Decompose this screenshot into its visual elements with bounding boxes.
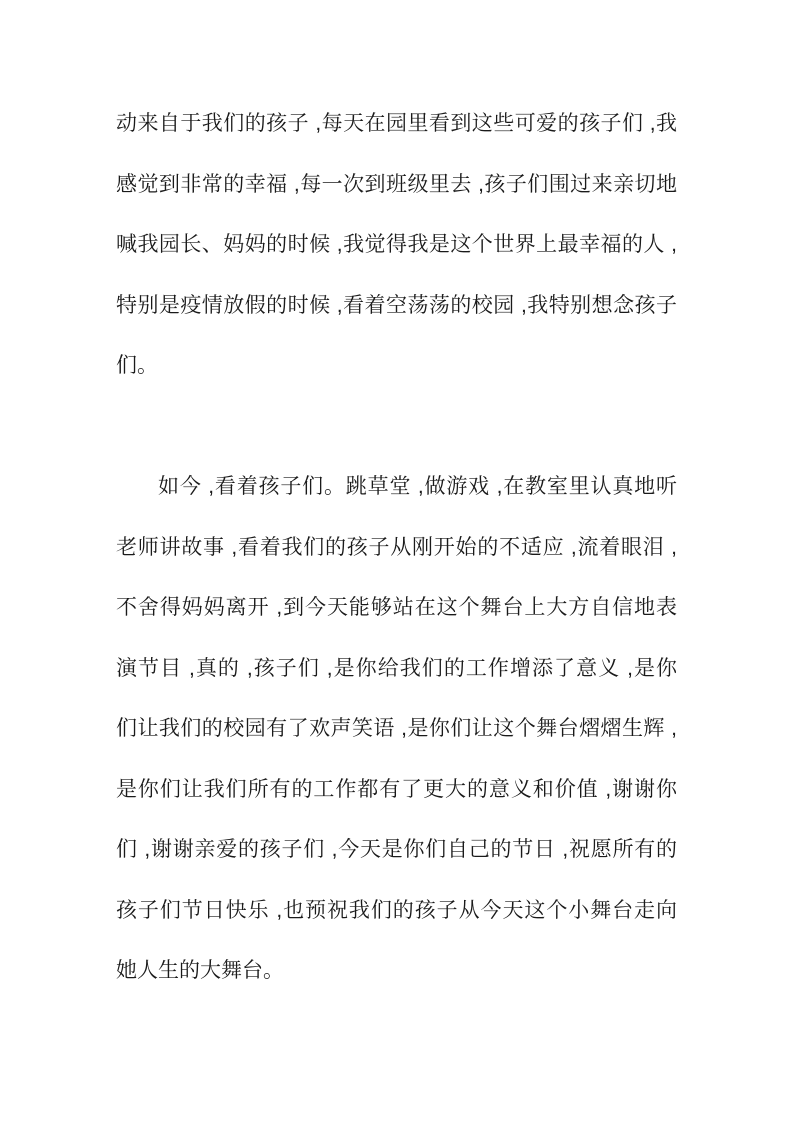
document-page: 动来自于我们的孩子 ,每天在园里看到这些可爱的孩子们 ,我 感觉到非常的幸福 ,… [0,0,793,1122]
text-line: 感觉到非常的幸福 ,每一次到班级里去 ,孩子们围过来亲切地 [116,155,677,216]
text-line: 们。 [116,336,677,397]
text-line: 们让我们的校园有了欢声笑语 ,是你们让这个舞台熠熠生辉 , [116,699,677,760]
paragraph-1: 动来自于我们的孩子 ,每天在园里看到这些可爱的孩子们 ,我 感觉到非常的幸福 ,… [116,94,677,397]
text-line: 老师讲故事 ,看着我们的孩子从刚开始的不适应 ,流着眼泪 , [116,518,677,579]
text-line: 演节目 ,真的 ,孩子们 ,是你给我们的工作增添了意义 ,是你 [116,639,677,700]
text-line: 喊我园长、妈妈的时候 ,我觉得我是这个世界上最幸福的人 , [116,215,677,276]
text-line: 她人生的大舞台。 [116,941,677,1002]
text-line: 们 ,谢谢亲爱的孩子们 ,今天是你们自己的节日 ,祝愿所有的 [116,820,677,881]
text-line: 特别是疫情放假的时候 ,看着空荡荡的校园 ,我特别想念孩子 [116,276,677,337]
text-line: 是你们让我们所有的工作都有了更大的意义和价值 ,谢谢你 [116,760,677,821]
text-line: 动来自于我们的孩子 ,每天在园里看到这些可爱的孩子们 ,我 [116,94,677,155]
text-line: 孩子们节日快乐 ,也预祝我们的孩子从今天这个小舞台走向 [116,881,677,942]
text-line: 如今 ,看着孩子们。跳草堂 ,做游戏 ,在教室里认真地听 [116,457,677,518]
text-line: 不舍得妈妈离开 ,到今天能够站在这个舞台上大方自信地表 [116,578,677,639]
document-text: 动来自于我们的孩子 ,每天在园里看到这些可爱的孩子们 ,我 感觉到非常的幸福 ,… [116,94,677,1002]
paragraph-2: 如今 ,看着孩子们。跳草堂 ,做游戏 ,在教室里认真地听 老师讲故事 ,看着我们… [116,457,677,1002]
